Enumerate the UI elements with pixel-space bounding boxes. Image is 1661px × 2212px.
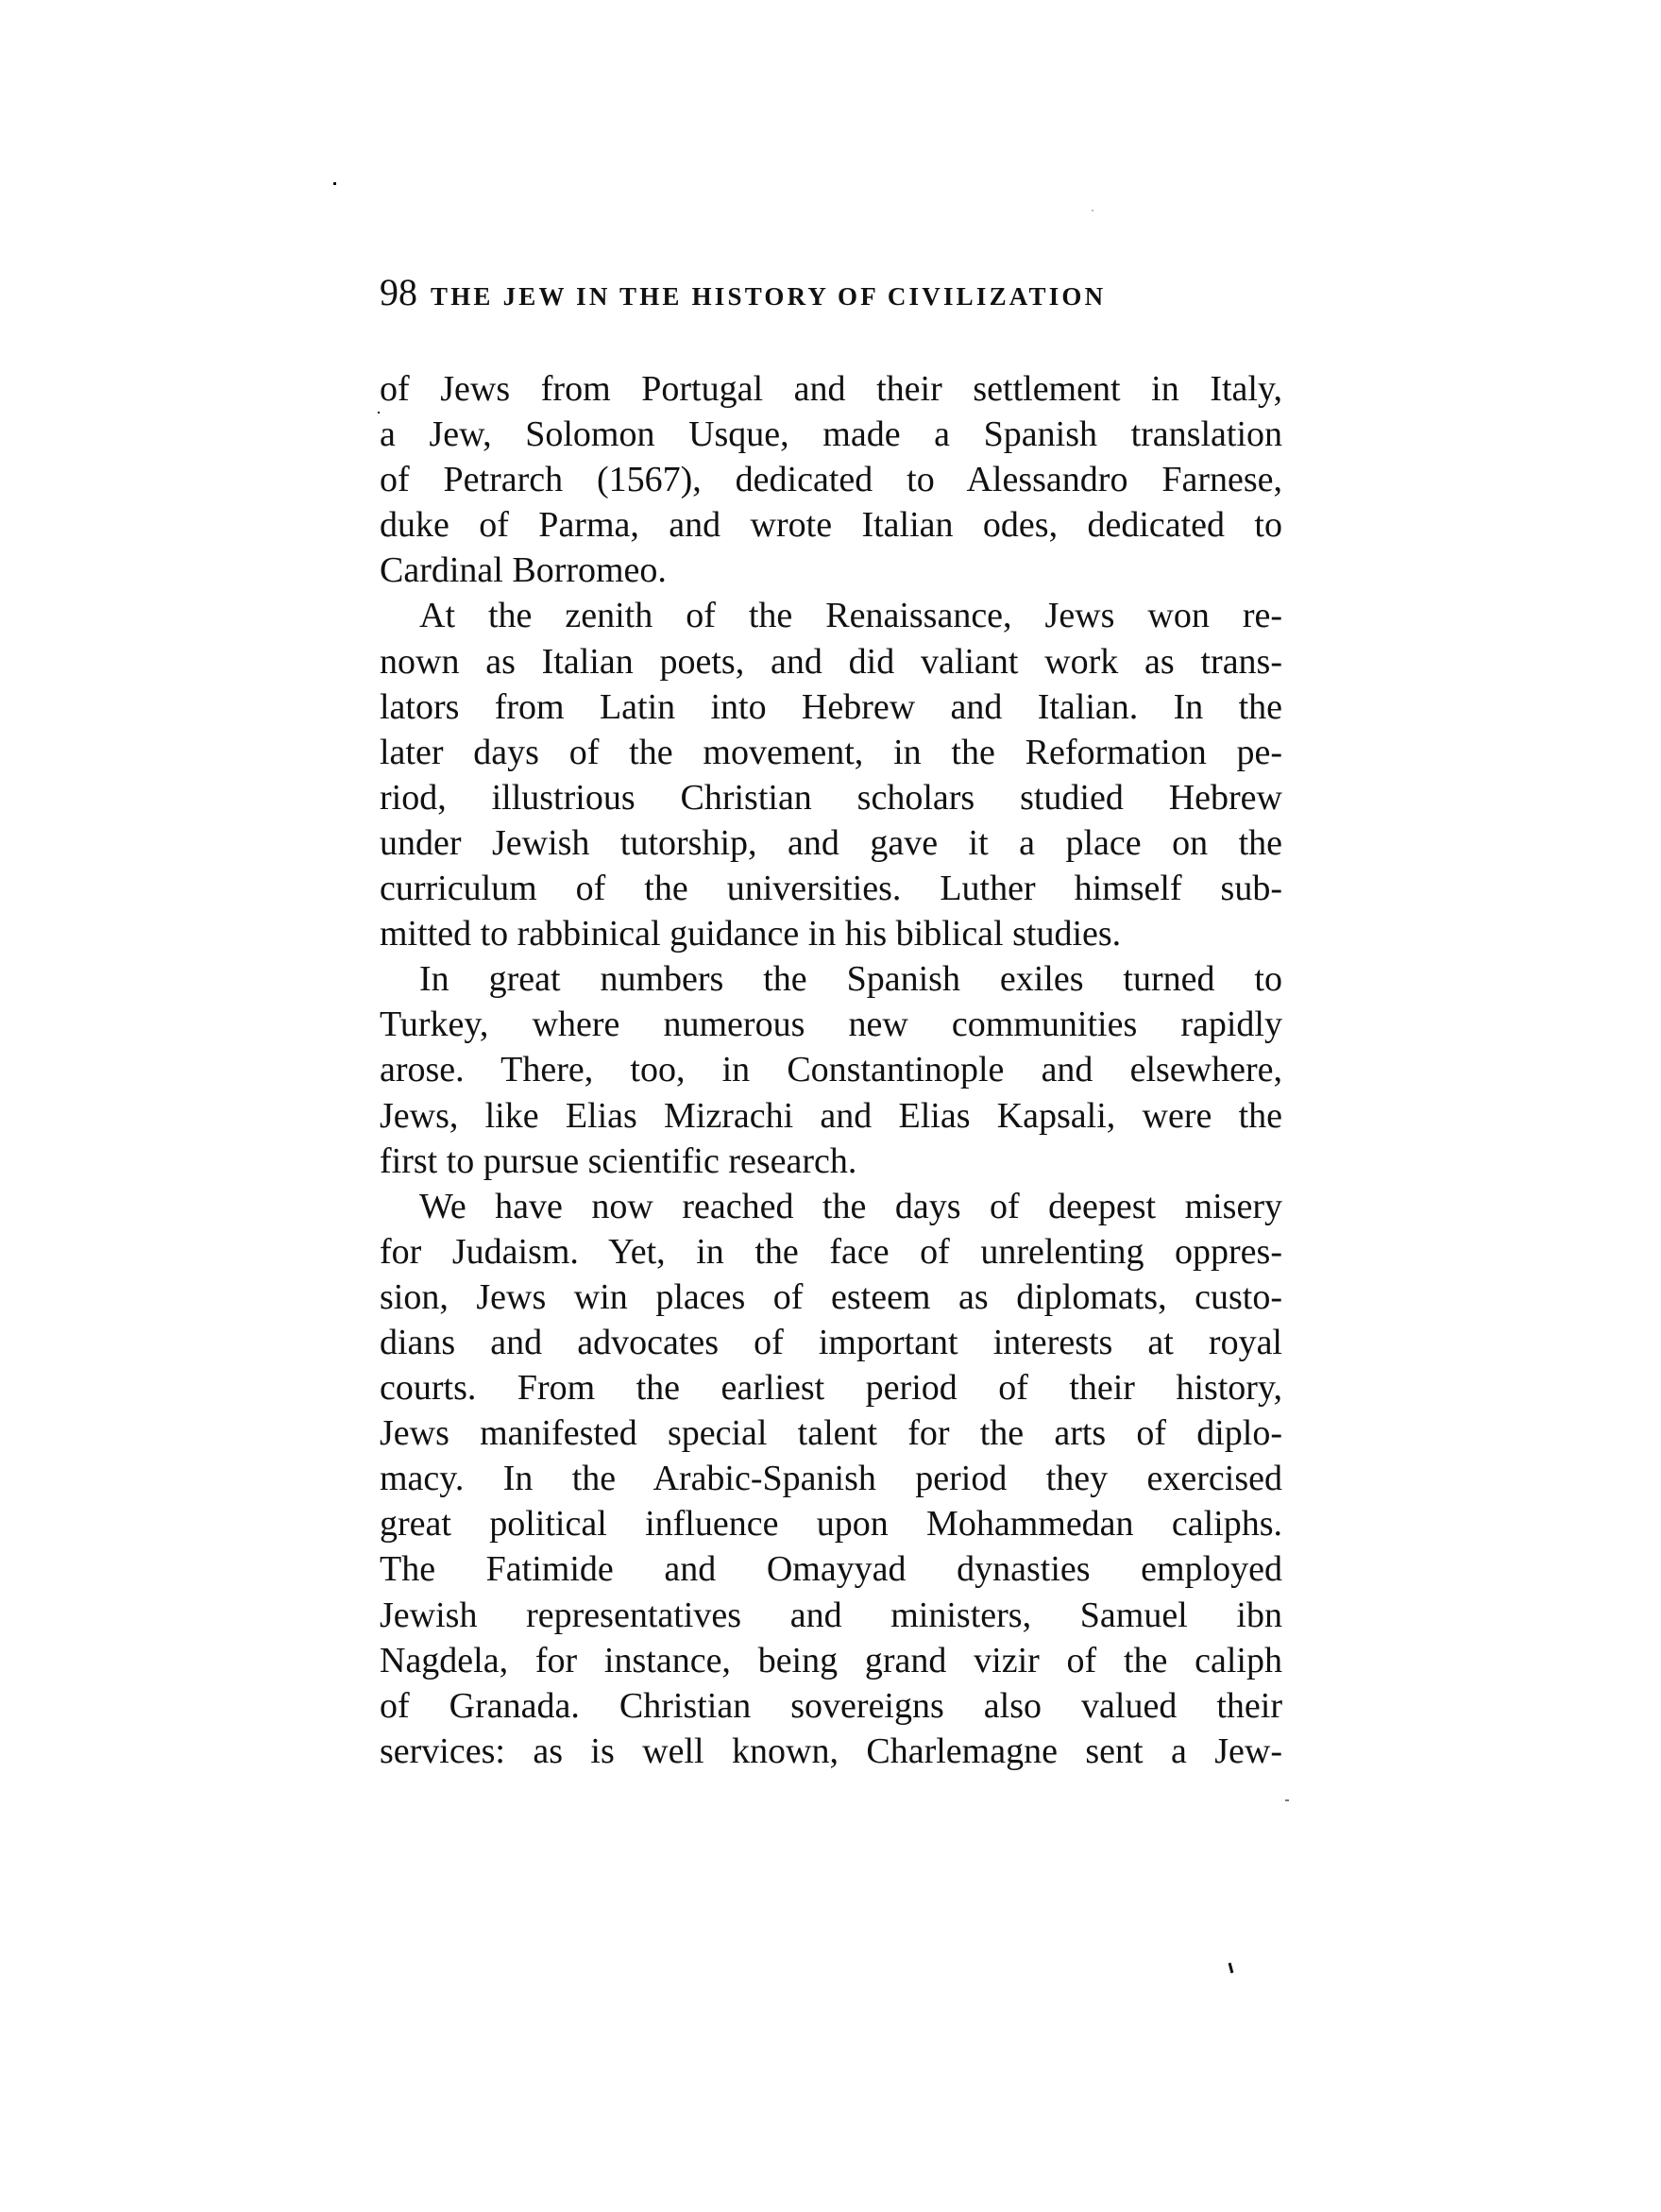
text-line: curriculum of the universities. Luther h… — [380, 866, 1282, 911]
text-line: Cardinal Borromeo. — [380, 548, 1282, 593]
running-title: THE JEW IN THE HISTORY OF CIVILIZATION — [431, 282, 1106, 311]
text-line: Turkey, where numerous new communities r… — [380, 1002, 1282, 1047]
text-line: of Petrarch (1567), dedicated to Alessan… — [380, 457, 1282, 502]
text-line: nown as Italian poets, and did valiant w… — [380, 639, 1282, 684]
text-line: riod, illustrious Christian scholars stu… — [380, 775, 1282, 820]
text-line: first to pursue scientific research. — [380, 1139, 1282, 1184]
text-line: duke of Parma, and wrote Italian odes, d… — [380, 502, 1282, 548]
text-line: sion, Jews win places of esteem as diplo… — [380, 1275, 1282, 1320]
scan-speck — [333, 182, 336, 185]
text-line: under Jewish tutorship, and gave it a pl… — [380, 820, 1282, 866]
paragraph: At the zenith of the Renaissance, Jews w… — [380, 593, 1282, 956]
scan-speck — [1092, 210, 1093, 211]
text-line: Jewish representatives and ministers, Sa… — [380, 1593, 1282, 1638]
text-line: arose. There, too, in Constantinople and… — [380, 1047, 1282, 1092]
paragraph: In great numbers the Spanish exiles turn… — [380, 956, 1282, 1183]
book-page: 98THE JEW IN THE HISTORY OF CIVILIZATION… — [0, 0, 1661, 2212]
text-line: mitted to rabbinical guidance in his bib… — [380, 911, 1282, 956]
paragraph: of Jews from Portugal and their settleme… — [380, 366, 1282, 593]
text-line: services: as is well known, Charlemagne … — [380, 1729, 1282, 1774]
text-line: At the zenith of the Renaissance, Jews w… — [380, 593, 1282, 638]
text-line: The Fatimide and Omayyad dynasties emplo… — [380, 1546, 1282, 1592]
text-line: Nagdela, for instance, being grand vizir… — [380, 1638, 1282, 1683]
text-line: of Jews from Portugal and their settleme… — [380, 366, 1282, 412]
scan-speck — [1285, 1799, 1289, 1801]
text-line: courts. From the earliest period of thei… — [380, 1365, 1282, 1410]
body-text: of Jews from Portugal and their settleme… — [380, 366, 1282, 1774]
text-line: dians and advocates of important interes… — [380, 1320, 1282, 1365]
running-head: 98THE JEW IN THE HISTORY OF CIVILIZATION — [380, 270, 1286, 315]
text-line: Jews, like Elias Mizrachi and Elias Kaps… — [380, 1093, 1282, 1139]
text-line: macy. In the Arabic-Spanish period they … — [380, 1456, 1282, 1501]
paragraph: We have now reached the days of deepest … — [380, 1184, 1282, 1774]
scan-speck — [1229, 1963, 1234, 1973]
text-line: We have now reached the days of deepest … — [380, 1184, 1282, 1229]
text-line: Jews manifested special talent for the a… — [380, 1410, 1282, 1456]
page-number: 98 — [380, 271, 417, 313]
text-line: a Jew, Solomon Usque, made a Spanish tra… — [380, 412, 1282, 457]
text-line: great political influence upon Mohammeda… — [380, 1501, 1282, 1546]
text-line: lators from Latin into Hebrew and Italia… — [380, 684, 1282, 730]
text-line: of Granada. Christian sovereigns also va… — [380, 1683, 1282, 1729]
text-line: for Judaism. Yet, in the face of unrelen… — [380, 1229, 1282, 1275]
text-line: later days of the movement, in the Refor… — [380, 730, 1282, 775]
text-line: In great numbers the Spanish exiles turn… — [380, 956, 1282, 1002]
